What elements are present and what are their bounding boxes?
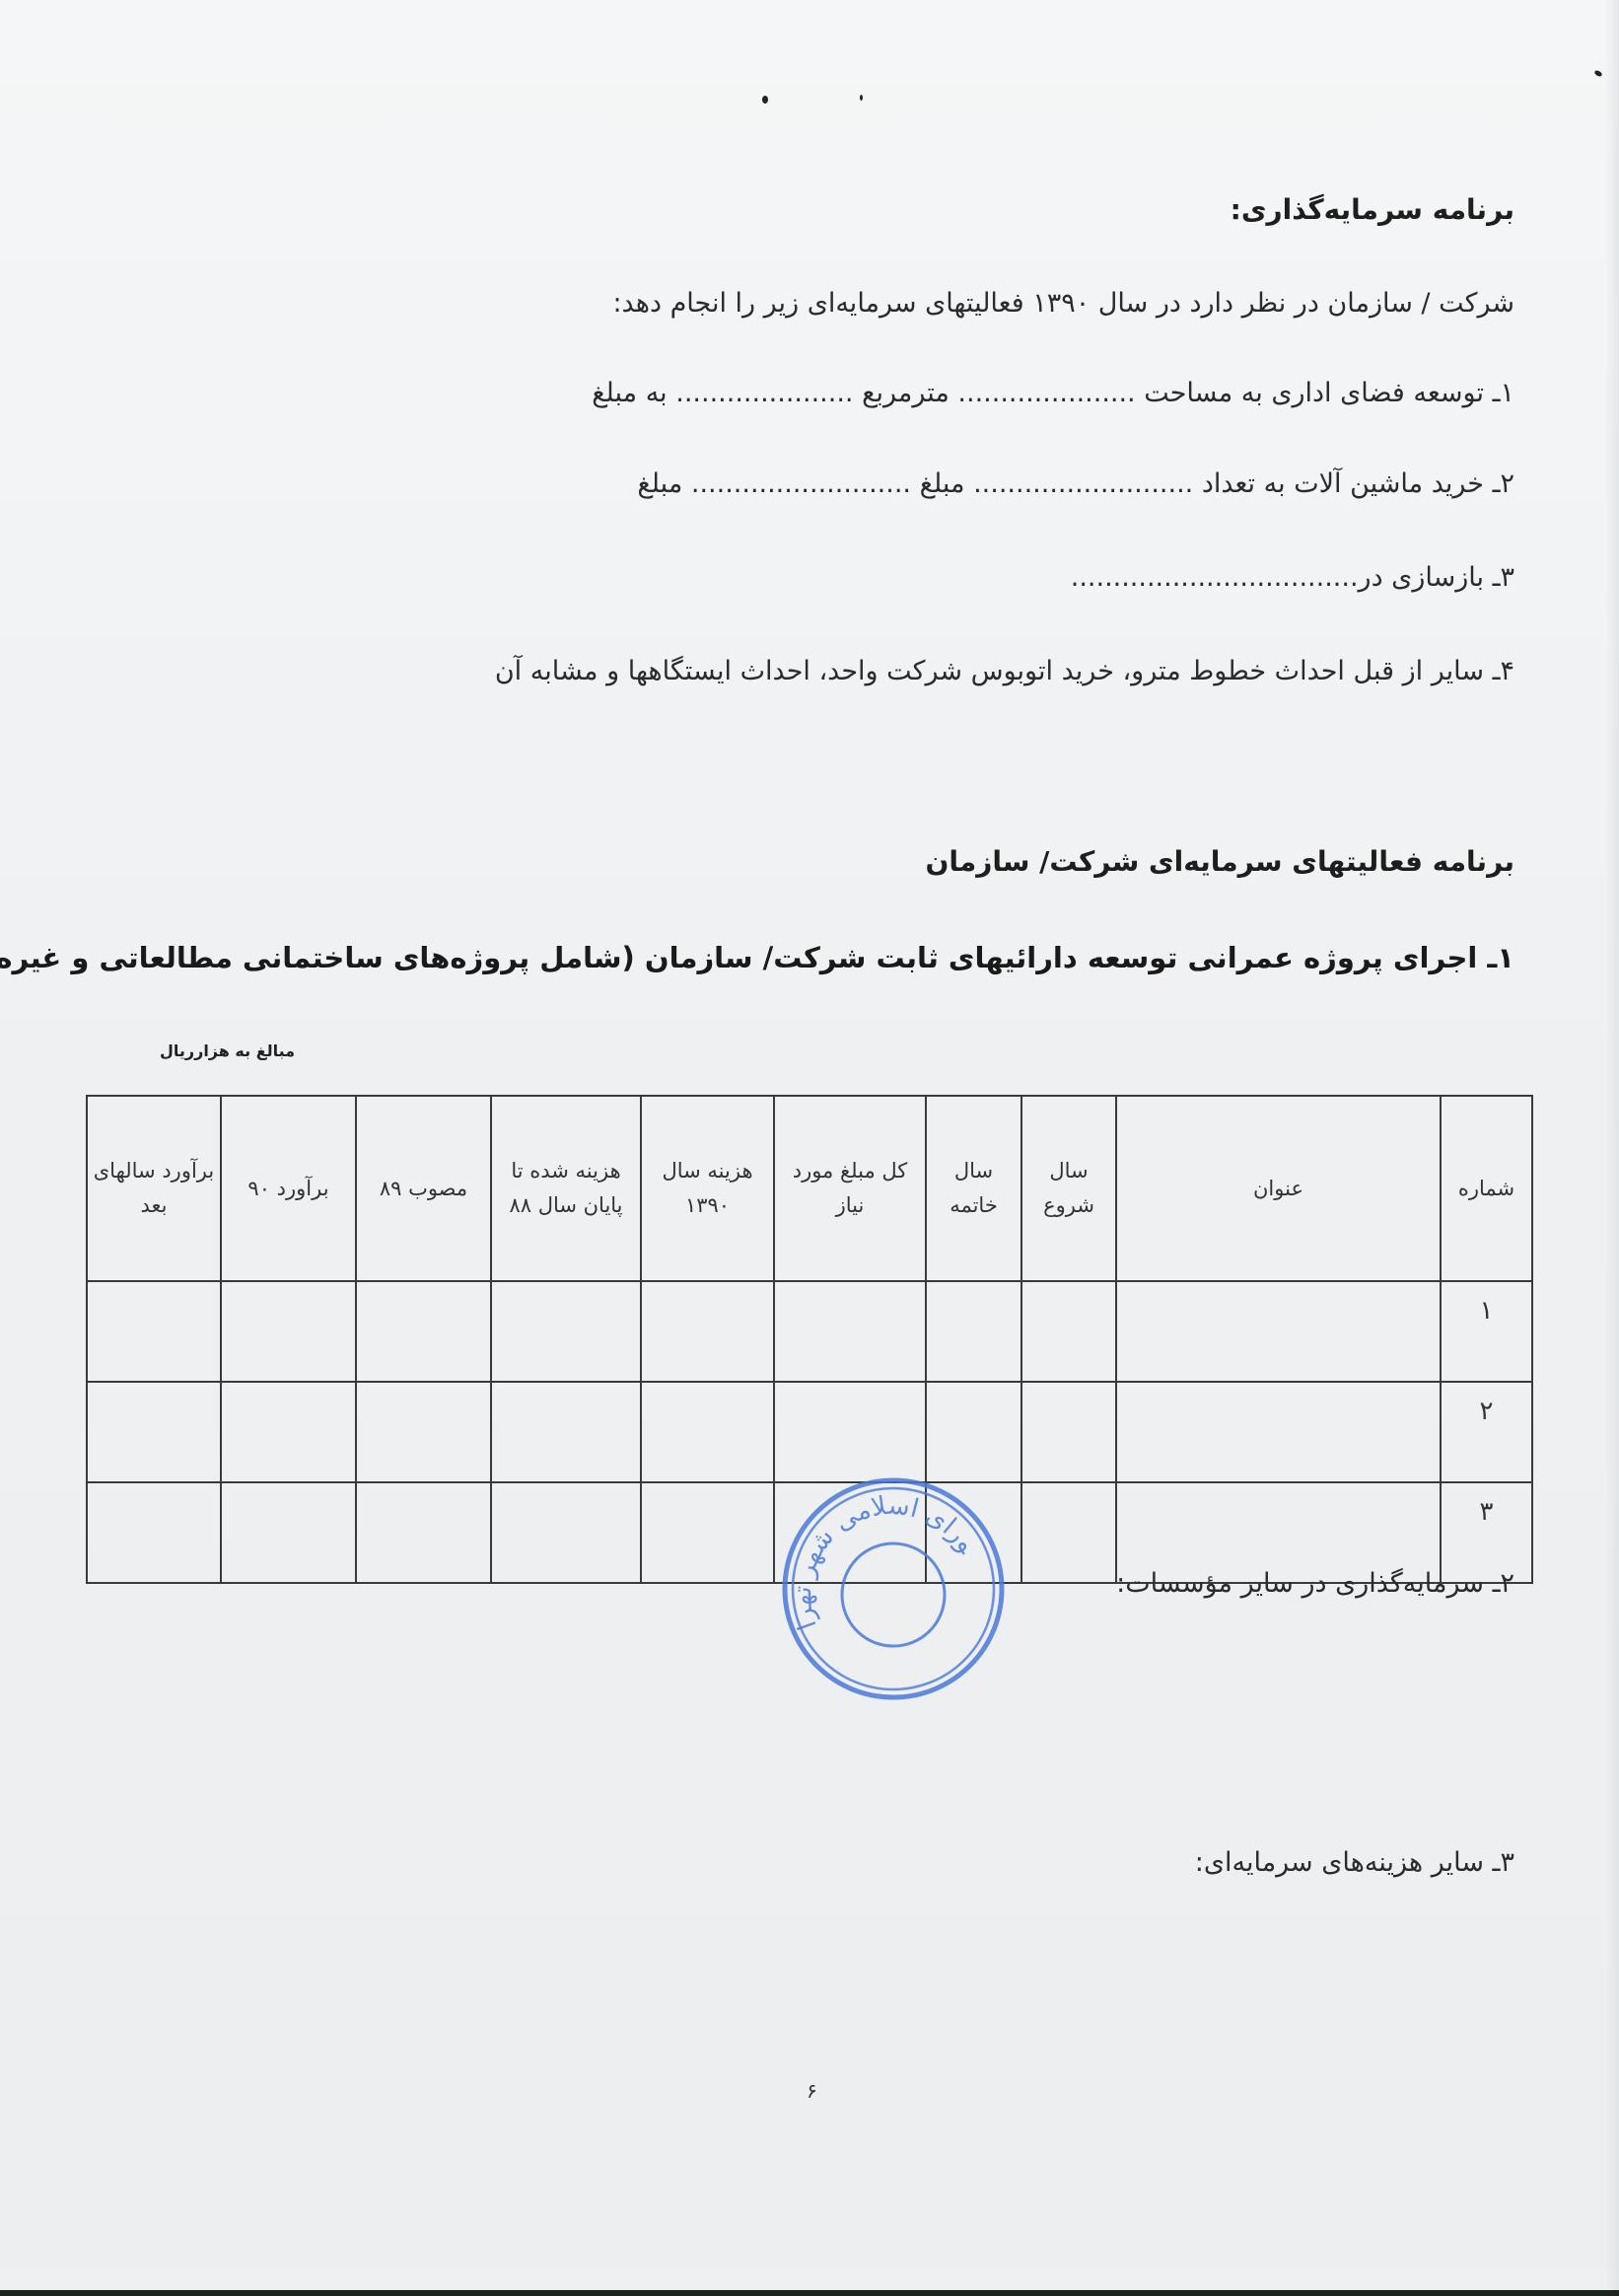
header-start-year: سال شروع (1021, 1096, 1116, 1281)
header-cost-1390: هزینه سال ۱۳۹۰ (641, 1096, 774, 1281)
cell-cost-1390 (641, 1382, 774, 1482)
header-estimate-90: برآورد ۹۰ (221, 1096, 356, 1281)
official-seal-stamp: شورای اسلامی شهر تهران (779, 1472, 1011, 1704)
cell-estimate-90 (221, 1281, 356, 1382)
list-item-2: ۲ـ خرید ماشین آلات به تعداد ............… (637, 468, 1514, 499)
header-number: شماره (1441, 1096, 1532, 1281)
list-item-3: ۳ـ بازسازی در...........................… (1071, 562, 1514, 593)
row-number: ۱ (1441, 1281, 1532, 1382)
cell-end-year (926, 1382, 1021, 1482)
list-item-4: ۴ـ سایر از قبل احداث خطوط مترو، خرید اتو… (495, 656, 1514, 686)
cell-estimate-later (87, 1281, 221, 1382)
cell-end-year (926, 1281, 1021, 1382)
scanner-bottom-edge (0, 2290, 1619, 2296)
cell-title (1116, 1382, 1441, 1482)
cell-total-amount (774, 1382, 926, 1482)
cell-estimate-90 (221, 1382, 356, 1482)
intro-paragraph: شرکت / سازمان در نظر دارد در سال ۱۳۹۰ فع… (612, 288, 1514, 319)
header-spent-until-88: هزینه شده تا پایان سال ۸۸ (491, 1096, 641, 1281)
page-edge-shadow (1605, 0, 1619, 2290)
document-page: برنامه سرمایه‌گذاری: شرکت / سازمان در نظ… (0, 0, 1619, 2268)
cell-start-year (1021, 1382, 1116, 1482)
table-row: ۱ (87, 1281, 1532, 1382)
cell-total-amount (774, 1281, 926, 1382)
table-row: ۲ (87, 1382, 1532, 1482)
header-approved-89: مصوب ۸۹ (356, 1096, 491, 1281)
cell-spent-until-88 (491, 1482, 641, 1583)
header-estimate-later-years: برآورد سالهای بعد (87, 1096, 221, 1281)
scan-speck (860, 95, 863, 101)
cell-start-year (1021, 1482, 1116, 1583)
cell-approved-89 (356, 1281, 491, 1382)
cell-estimate-90 (221, 1482, 356, 1583)
cell-approved-89 (356, 1482, 491, 1583)
list-item-1: ۱ـ توسعه فضای اداری به مساحت ...........… (592, 378, 1514, 408)
cell-spent-until-88 (491, 1281, 641, 1382)
subsection-2-title: ۲ـ سرمایه‌گذاری در سایر مؤسسات: (1116, 1568, 1514, 1599)
amount-unit-note: مبالغ به هزارریال (160, 1041, 295, 1060)
row-number: ۲ (1441, 1382, 1532, 1482)
cell-cost-1390 (641, 1281, 774, 1382)
section-title: برنامه فعالیتهای سرمایه‌ای شرکت/ سازمان (925, 845, 1514, 878)
page-number: ۶ (807, 2079, 817, 2103)
cell-title (1116, 1281, 1441, 1382)
cell-cost-1390 (641, 1482, 774, 1583)
cell-estimate-later (87, 1482, 221, 1583)
subsection-1-title: ۱ـ اجرای پروژه عمرانی توسعه دارائیهای ثا… (0, 941, 1514, 974)
header-title: عنوان (1116, 1096, 1441, 1281)
subsection-3-title: ۳ـ سایر هزینه‌های سرمایه‌ای: (1195, 1847, 1514, 1878)
scan-speck (1593, 69, 1602, 77)
cell-estimate-later (87, 1382, 221, 1482)
table-header-row: شماره عنوان سال شروع سال خاتمه کل مبلغ م… (87, 1096, 1532, 1281)
cell-start-year (1021, 1281, 1116, 1382)
header-end-year: سال خاتمه (926, 1096, 1021, 1281)
scan-speck (762, 96, 768, 104)
cell-approved-89 (356, 1382, 491, 1482)
header-total-amount: کل مبلغ مورد نیاز (774, 1096, 926, 1281)
cell-spent-until-88 (491, 1382, 641, 1482)
heading-investment-program: برنامه سرمایه‌گذاری: (1231, 193, 1514, 226)
